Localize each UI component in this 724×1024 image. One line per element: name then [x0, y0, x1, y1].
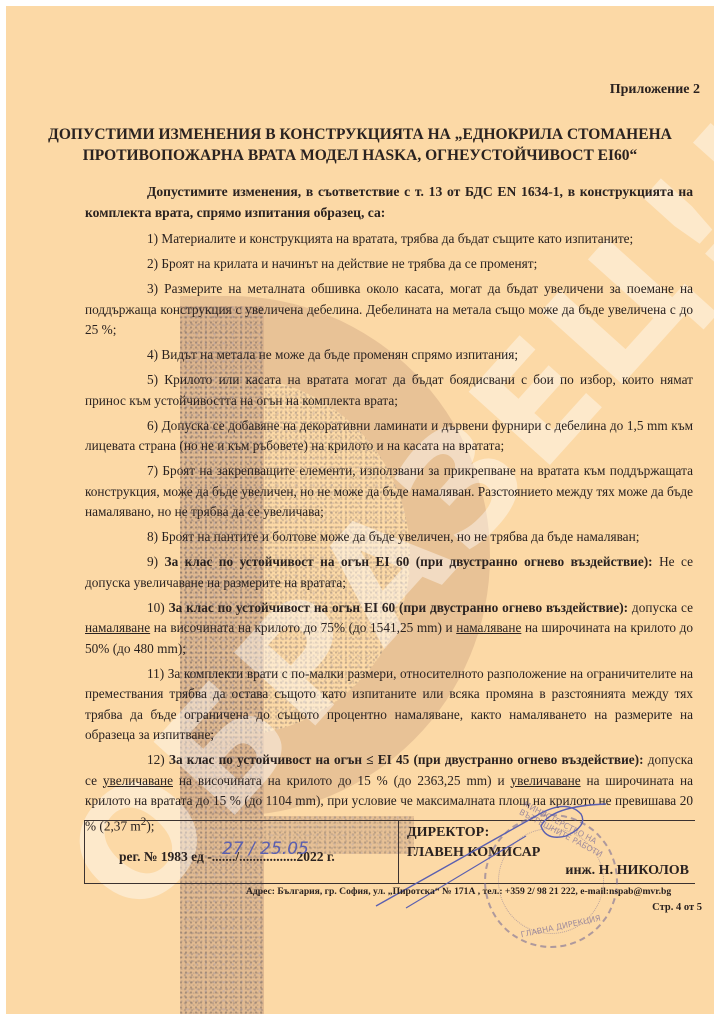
document-title: ДОПУСТИМИ ИЗМЕНЕНИЯ В КОНСТРУКЦИЯТА НА „… [46, 124, 674, 166]
list-item-4: 4) Видът на метала не може да бъде проме… [85, 345, 693, 366]
item-10-underline-2: намаляване [456, 620, 521, 635]
item-12-underline-1: увеличаване [103, 773, 173, 788]
address-line: Адрес: България, гр. София, ул. „Пиротск… [246, 886, 671, 897]
stamp-bottom-text: ГЛАВНА ДИРЕКЦИЯ [520, 914, 602, 940]
item-12-number: 12) [147, 752, 169, 767]
intro-paragraph: Допустимите изменения, в съответствие с … [85, 182, 693, 223]
item-12-underline-2: увеличаване [510, 773, 580, 788]
reg-prefix: рег. № 1983 ед - [119, 849, 212, 864]
list-item-11: 11) За комплекти врати с по-малки размер… [85, 664, 693, 746]
document-page: ОБРАЗЕЦ!! Приложение 2 ДОПУСТИМИ ИЗМЕНЕН… [6, 6, 714, 1014]
item-12-text-2: на височината на крилото до 15 % (до 236… [173, 773, 510, 788]
title-line-1: ДОПУСТИМИ ИЗМЕНЕНИЯ В КОНСТРУКЦИЯТА НА „… [46, 124, 674, 145]
list-item-9: 9) За клас по устойчивост на огън EI 60 … [85, 552, 693, 593]
item-9-bold: За клас по устойчивост на огън EI 60 (пр… [165, 554, 653, 569]
list-item-2: 2) Броят на крилата и начинът на действи… [85, 254, 693, 275]
item-10-text-1: допуска се [628, 600, 693, 615]
item-12-bold: За клас по устойчивост на огън ≤ EI 45 (… [169, 752, 644, 767]
handwritten-date: 27 / 25.05 [222, 839, 309, 859]
list-item-6: 6) Допуска се добавяне на декоративни ла… [85, 416, 693, 457]
document-body: Допустимите изменения, в съответствие с … [85, 182, 693, 841]
list-item-3: 3) Размерите на металната обшивка около … [85, 279, 693, 341]
item-10-underline-1: намаляване [85, 620, 150, 635]
list-item-5: 5) Крилото или касата на вратата могат д… [85, 370, 693, 411]
item-10-text-2: на височината на крилото до 75% (до 1541… [150, 620, 456, 635]
box-divider [398, 821, 399, 883]
document-content: Приложение 2 ДОПУСТИМИ ИЗМЕНЕНИЯ В КОНСТ… [6, 6, 714, 1014]
list-item-7: 7) Броят на закрепващите елементи, изпол… [85, 461, 693, 523]
list-item-10: 10) За клас по устойчивост на огън EI 60… [85, 598, 693, 660]
item-10-number: 10) [147, 600, 169, 615]
list-item-1: 1) Материалите и конструкцията на вратат… [85, 229, 693, 250]
page-number: Стр. 4 от 5 [652, 902, 702, 913]
item-10-bold: За клас по устойчивост на огън EI 60 (пр… [169, 600, 628, 615]
appendix-label: Приложение 2 [610, 82, 700, 98]
list-item-8: 8) Броят на пантите и болтове може да бъ… [85, 527, 693, 548]
title-line-2: ПРОТИВОПОЖАРНА ВРАТА МОДЕЛ HASKA, ОГНЕУС… [46, 145, 674, 166]
official-stamp: МИНИСТЕРСТВО НА ВЪТРЕШНИТЕ РАБОТИ ГЛАВНА… [484, 814, 618, 948]
item-9-number: 9) [147, 554, 165, 569]
